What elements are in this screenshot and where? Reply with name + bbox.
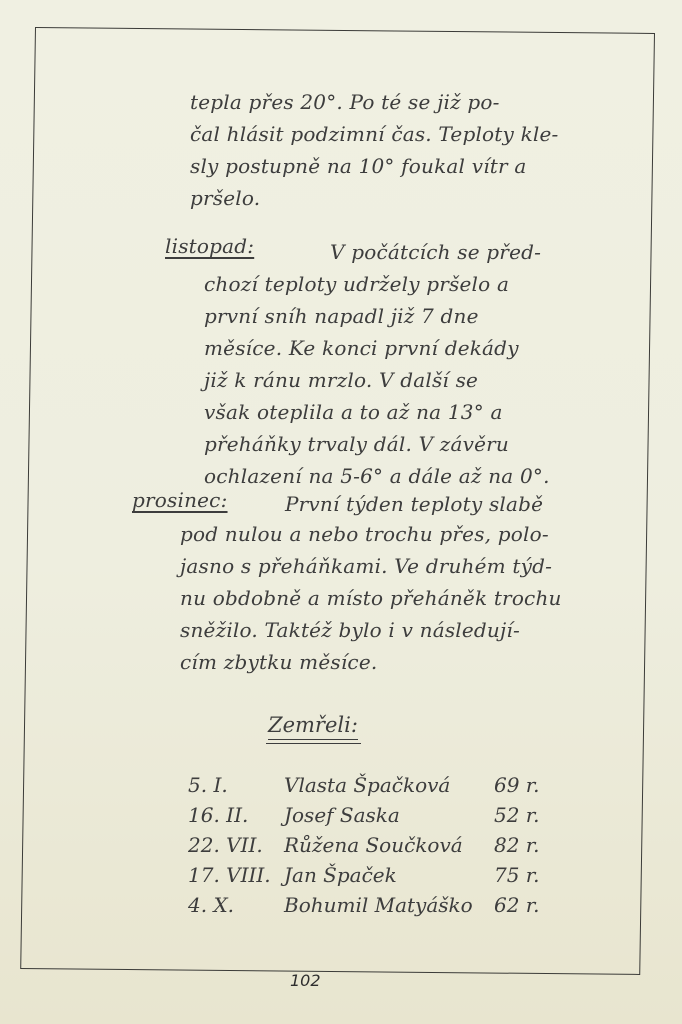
death-name: Růžena Součková <box>284 830 494 860</box>
death-name: Jan Špaček <box>284 860 494 890</box>
intro-paragraph: tepla přes 20°. Po té se již po- čal hlá… <box>190 86 558 214</box>
text-line: pršelo. <box>190 182 558 214</box>
section-label-listopad: listopad: <box>165 230 254 262</box>
text-line: přeháňky trvaly dál. V závěru <box>204 428 550 460</box>
death-name: Bohumil Matyáško <box>284 890 494 920</box>
death-name: Vlasta Špačková <box>284 770 494 800</box>
text-line: čal hlásit podzimní čas. Teploty kle- <box>190 118 558 150</box>
text-line: nu obdobně a místo přeháněk trochu <box>180 582 562 614</box>
death-age: 75 r. <box>494 860 544 890</box>
listopad-paragraph: chozí teploty udržely pršelo a první sní… <box>204 268 550 492</box>
listopad-first-line: V počátcích se před- <box>330 236 541 268</box>
death-date: 16. II. <box>188 800 284 830</box>
death-date: 5. I. <box>188 770 284 800</box>
page-number: 102 <box>290 971 321 990</box>
section-label-prosinec: prosinec: <box>132 484 228 516</box>
text-line: pod nulou a nebo trochu přes, polo- <box>180 518 562 550</box>
prosinec-paragraph: pod nulou a nebo trochu přes, polo- jasn… <box>180 518 562 678</box>
text-line: chozí teploty udržely pršelo a <box>204 268 550 300</box>
deaths-title: Zemřeli: <box>268 713 358 740</box>
death-age: 69 r. <box>494 770 544 800</box>
death-age: 52 r. <box>494 800 544 830</box>
table-row: 16. II. Josef Saska 52 r. <box>188 800 544 830</box>
death-date: 17. VIII. <box>188 860 284 890</box>
table-row: 4. X. Bohumil Matyáško 62 r. <box>188 890 544 920</box>
death-age: 82 r. <box>494 830 544 860</box>
death-age: 62 r. <box>494 890 544 920</box>
deaths-table: 5. I. Vlasta Špačková 69 r. 16. II. Jose… <box>188 770 544 920</box>
death-name: Josef Saska <box>284 800 494 830</box>
prosinec-first-line: První týden teploty slabě <box>285 488 543 520</box>
text-line: sněžilo. Taktéž bylo i v následují- <box>180 614 562 646</box>
death-date: 4. X. <box>188 890 284 920</box>
table-row: 5. I. Vlasta Špačková 69 r. <box>188 770 544 800</box>
text-line: jasno s přeháňkami. Ve druhém týd- <box>180 550 562 582</box>
text-line: však oteplila a to až na 13° a <box>204 396 550 428</box>
death-date: 22. VII. <box>188 830 284 860</box>
text-line: cím zbytku měsíce. <box>180 646 562 678</box>
table-row: 17. VIII. Jan Špaček 75 r. <box>188 860 544 890</box>
text-line: měsíce. Ke konci první dekády <box>204 332 550 364</box>
table-row: 22. VII. Růžena Součková 82 r. <box>188 830 544 860</box>
text-line: již k ránu mrzlo. V další se <box>204 364 550 396</box>
text-line: první sníh napadl již 7 dne <box>204 300 550 332</box>
text-line: tepla přes 20°. Po té se již po- <box>190 86 558 118</box>
text-line: sly postupně na 10° foukal vítr a <box>190 150 558 182</box>
